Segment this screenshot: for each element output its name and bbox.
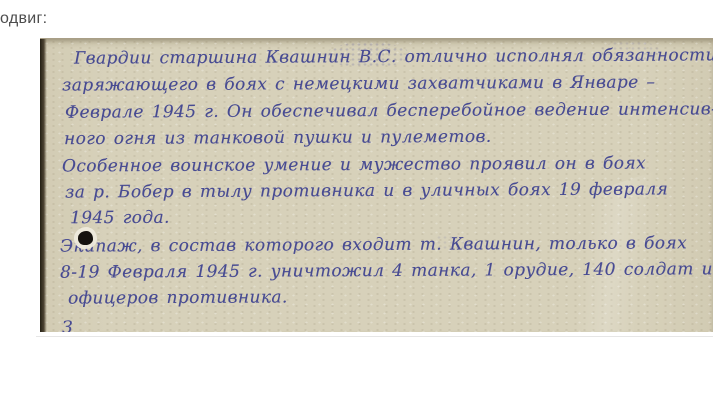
- handwritten-line: Феврале 1945 г. Он обеспечивал бесперебо…: [65, 99, 713, 122]
- field-label-podvig: одвиг:: [0, 10, 47, 28]
- scan-page-edge: [40, 39, 47, 332]
- handwritten-line: заряжающего в боях с немецкими захватчик…: [62, 72, 655, 95]
- divider: [36, 336, 713, 337]
- handwritten-line: за р. Бобер в тылу противника и в уличны…: [65, 179, 668, 202]
- handwritten-line: офицеров противника.: [68, 287, 288, 308]
- handwritten-line: 1945 года.: [70, 208, 170, 229]
- handwritten-line: Особенное воинское умение и мужество про…: [62, 153, 646, 176]
- document-scan-image[interactable]: Гвардии старшина Квашнин В.С. отлично ис…: [40, 38, 713, 332]
- handwritten-line: Экипаж, в состав которого входит т. Кваш…: [60, 233, 687, 256]
- page: одвиг: Гвардии старшина Квашнин В.С. отл…: [0, 0, 720, 394]
- ink-blot: [78, 231, 93, 245]
- handwritten-line: З: [62, 318, 73, 332]
- handwritten-line: 8-19 Февраля 1945 г. уничтожил 4 танка, …: [60, 259, 713, 282]
- handwritten-line: Гвардии старшина Квашнин В.С. отлично ис…: [74, 45, 713, 68]
- handwritten-line: ного огня из танковой пушки и пулеметов.: [64, 127, 492, 149]
